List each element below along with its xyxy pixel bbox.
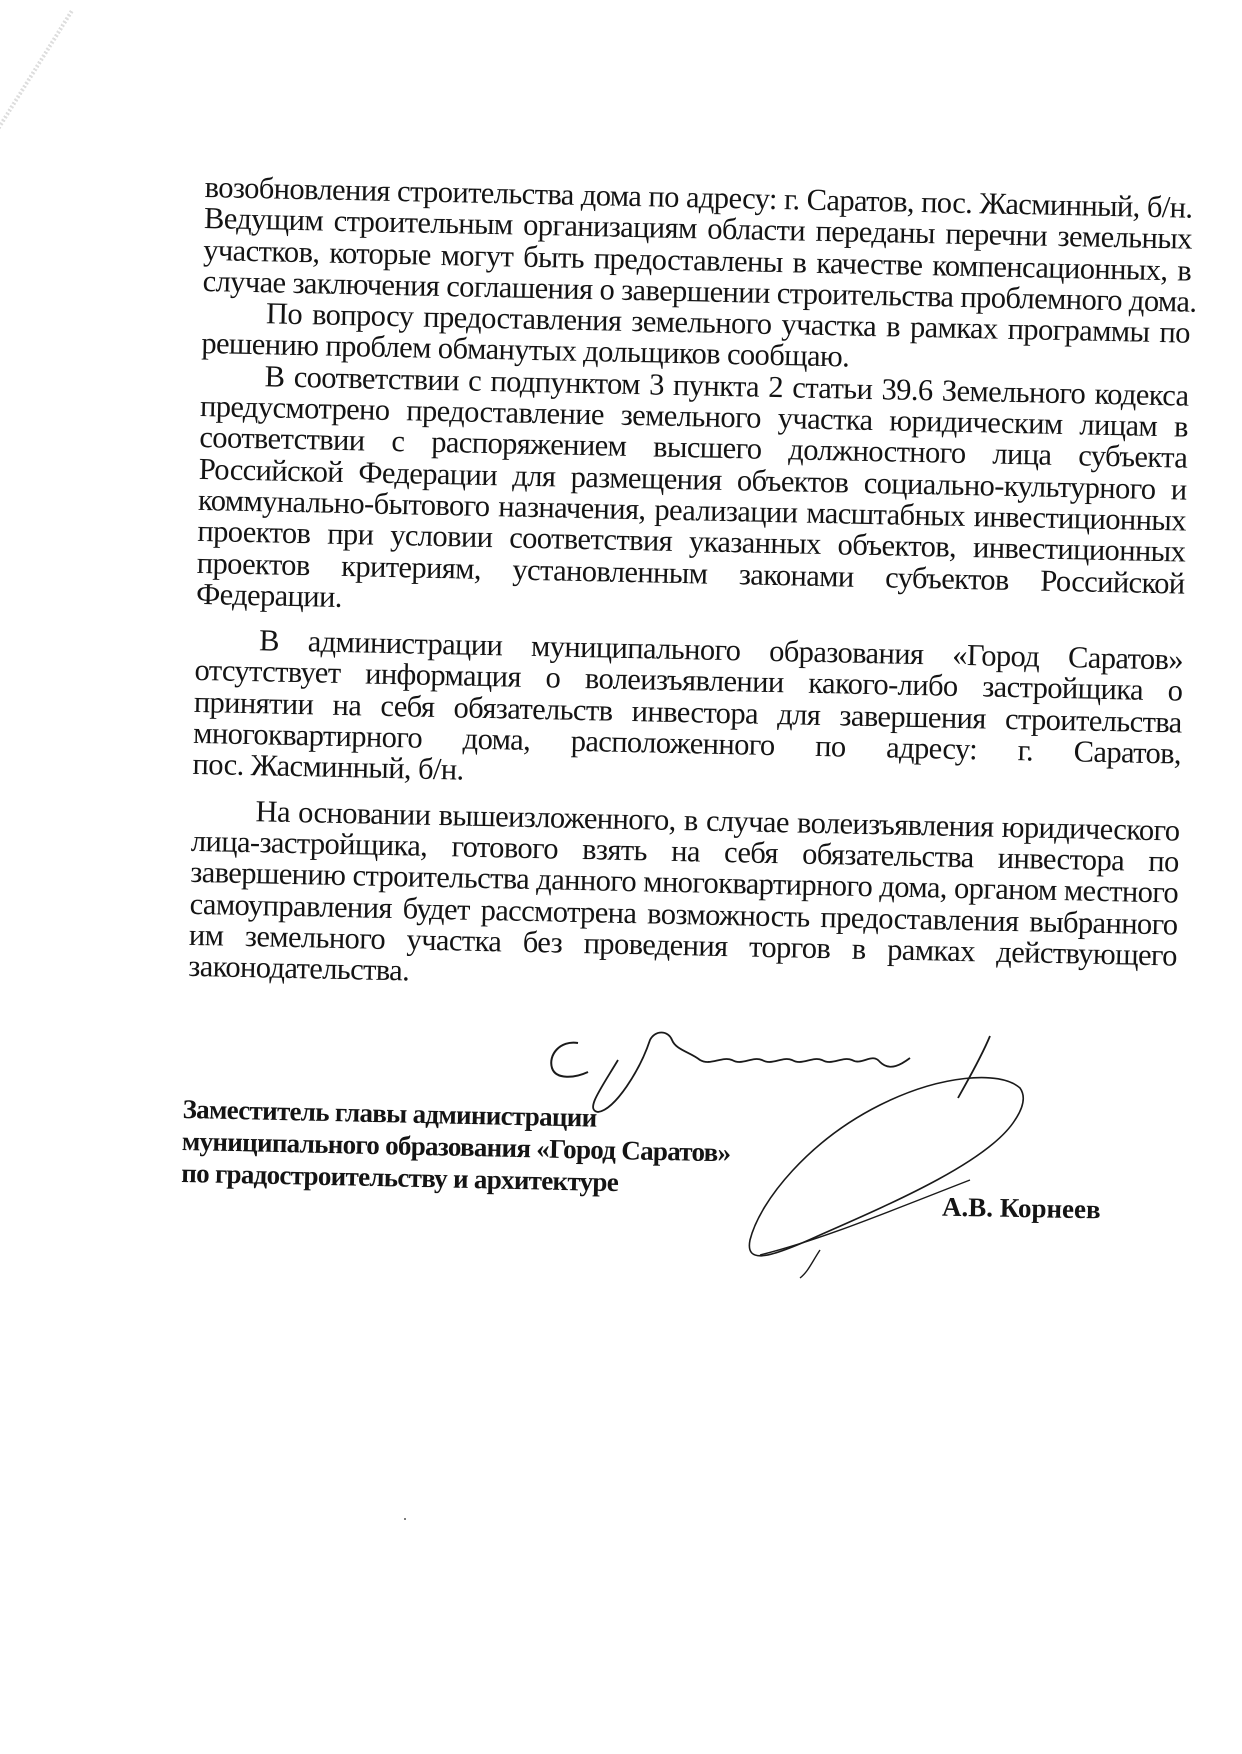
signature-stroke xyxy=(800,1250,820,1278)
signature-oval xyxy=(749,1078,1023,1256)
handwritten-closing-stroke xyxy=(593,1033,910,1113)
handwritten-signature xyxy=(0,0,1242,1754)
handwritten-closing-stroke xyxy=(958,1036,990,1098)
signatory-position: Заместитель главы администрации муниципа… xyxy=(181,1093,731,1200)
scan-speck xyxy=(404,1518,406,1520)
handwritten-closing-stroke xyxy=(551,1043,588,1077)
signature-stroke xyxy=(760,1180,970,1255)
signatory-name: А.В. Корнеев xyxy=(942,1192,1101,1226)
